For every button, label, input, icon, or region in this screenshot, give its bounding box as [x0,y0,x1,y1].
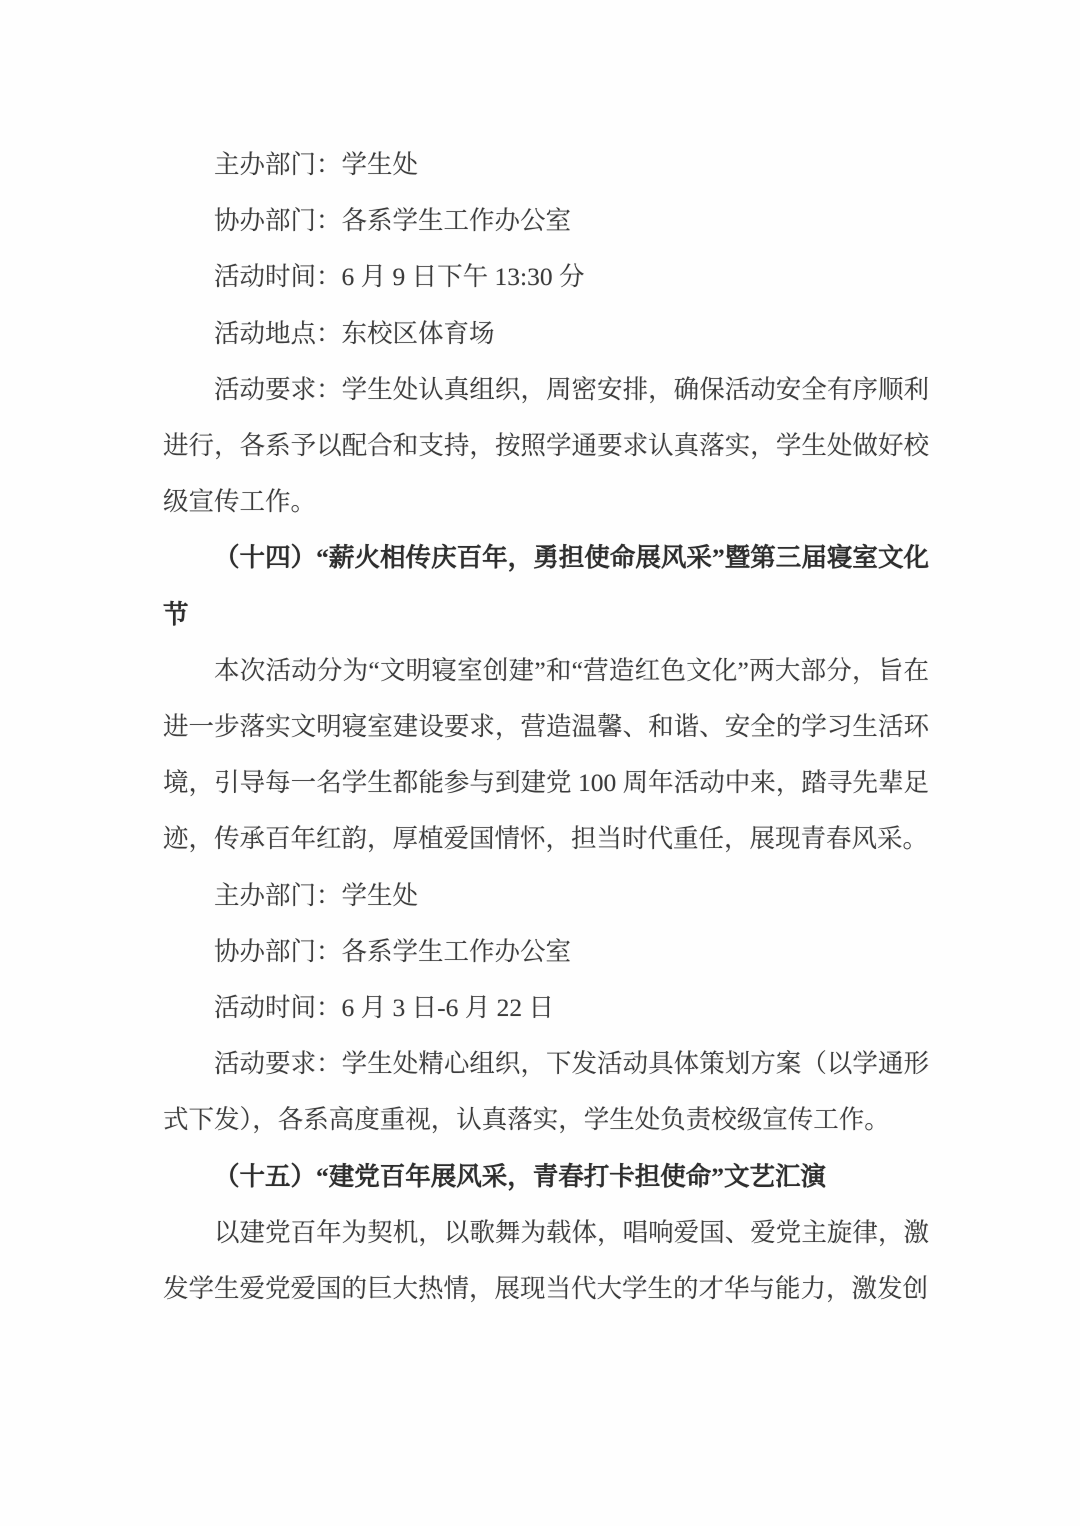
host-department-line: 主办部门：学生处 [163,868,929,924]
activity-time-line: 活动时间：6 月 3 日-6 月 22 日 [163,980,929,1036]
co-organizer-line: 协办部门：各系学生工作办公室 [163,193,929,249]
section-15-heading: （十五）“建党百年展风采，青春打卡担使命”文艺汇演 [163,1149,929,1205]
co-organizer-line: 协办部门：各系学生工作办公室 [163,924,929,980]
activity-location-line: 活动地点：东校区体育场 [163,306,929,362]
activity-requirements-paragraph: 活动要求：学生处认真组织，周密安排，确保活动安全有序顺利进行，各系予以配合和支持… [163,362,929,531]
activity-requirements-paragraph: 活动要求：学生处精心组织，下发活动具体策划方案（以学通形式下发），各系高度重视，… [163,1036,929,1148]
host-department-line: 主办部门：学生处 [163,137,929,193]
section-15-intro-paragraph: 以建党百年为契机，以歌舞为载体，唱响爱国、爱党主旋律，激发学生爱党爱国的巨大热情… [163,1205,929,1317]
section-14-heading: （十四）“薪火相传庆百年，勇担使命展风采”暨第三届寝室文化节 [163,530,929,642]
section-14-intro-paragraph: 本次活动分为“文明寝室创建”和“营造红色文化”两大部分，旨在进一步落实文明寝室建… [163,643,929,868]
activity-time-line: 活动时间：6 月 9 日下午 13:30 分 [163,249,929,305]
document-content: 主办部门：学生处 协办部门：各系学生工作办公室 活动时间：6 月 9 日下午 1… [163,137,929,1317]
document-page: 主办部门：学生处 协办部门：各系学生工作办公室 活动时间：6 月 9 日下午 1… [0,0,1080,1526]
